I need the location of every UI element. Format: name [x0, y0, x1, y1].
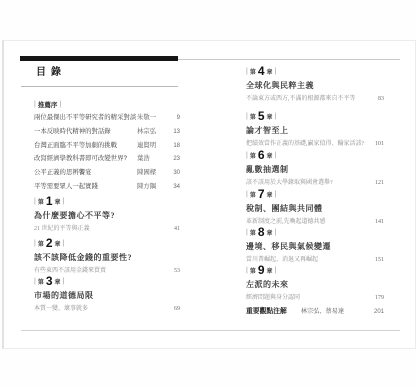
- bottom-hairline: [21, 330, 400, 331]
- chapter-prefix: 第: [250, 112, 256, 121]
- left-bar-glyph: |: [246, 152, 248, 159]
- rec-page-number: 18: [164, 143, 180, 149]
- chapter-prefix: 第: [250, 151, 256, 160]
- rec-page-number: 30: [164, 170, 180, 176]
- chapter-number: 8: [258, 227, 265, 237]
- chapter-label: | 第 5 章 |: [246, 111, 384, 121]
- left-bar-glyph: |: [34, 240, 36, 247]
- list-item: 一本反映時代精神的對話錄 林宗弘 13: [34, 126, 180, 140]
- chapter-subtitle: 革新制度之前,先喚起道德共感: [246, 216, 370, 225]
- recommend-section-text: 推薦序: [38, 100, 58, 109]
- chapter-label: | 第 8 章 |: [246, 227, 384, 237]
- chapter-title: 左派的未來: [246, 279, 384, 290]
- chapter-prefix: 第: [250, 67, 256, 76]
- recommendation-list: 兩位最傑出不平等研究者的精采對談 朱敬一 9 一本反映時代精神的對話錄 林宗弘 …: [34, 112, 180, 195]
- chapter-label: | 第 2 章 |: [34, 238, 180, 248]
- chapter-page-number: 83: [370, 96, 384, 102]
- chapter-title: 為什麼要擔心不平等?: [34, 210, 180, 221]
- left-bar-glyph: |: [34, 101, 36, 108]
- left-bar-glyph: |: [246, 191, 248, 198]
- left-bar-glyph: |: [246, 267, 248, 274]
- left-bar-glyph: |: [34, 198, 36, 205]
- chapter-page-number: 151: [370, 257, 384, 263]
- chapter-prefix: 第: [250, 266, 256, 275]
- chapter-page-number: 101: [370, 141, 384, 147]
- chapter-prefix: 第: [38, 197, 44, 206]
- chapter-block-3: | 第 3 章 | 市場的道德局限 本質一變、壞事就多 69: [34, 276, 180, 312]
- chapter-page-number: 179: [370, 295, 384, 301]
- top-hairline: [178, 59, 400, 60]
- chapter-prefix: 第: [38, 277, 44, 286]
- chapter-block-1: | 第 1 章 | 為什麼要擔心不平等? 21 世紀的平等與正義 41: [34, 196, 180, 232]
- chapter-block-7: | 第 7 章 | 稅制、團結與共同體 革新制度之前,先喚起道德共感 141: [246, 189, 384, 225]
- chapter-title: 市場的道德局限: [34, 290, 180, 301]
- chapter-title: 亂數抽選制: [246, 164, 384, 175]
- recommend-section-label: | 推薦序 |: [34, 100, 61, 109]
- left-bar-glyph: |: [246, 68, 248, 75]
- rec-title: 一本反映時代精神的對話錄: [34, 126, 137, 135]
- right-bar-glyph: |: [275, 113, 277, 120]
- chapter-block-5: | 第 5 章 | 論才智至上 把績效當作正義的基礎,贏家值得、輸家活該? 10…: [246, 111, 384, 147]
- chapter-suffix: 章: [267, 228, 273, 237]
- chapter-block-8: | 第 8 章 | 邊境、移民與氣候變遷 當川普崛起、消退又再崛起 151: [246, 227, 384, 263]
- rec-page-number: 34: [164, 184, 180, 190]
- rec-title: 台灣正面臨不平等加劇的挑戰: [34, 140, 137, 149]
- chapter-subtitle: 本質一變、壞事就多: [34, 303, 166, 312]
- chapter-subtitle: 該不該用於大學錄取與國會選舉?: [246, 177, 370, 186]
- rec-title: 公平正義的思辨饗宴: [34, 167, 137, 176]
- rec-page-number: 13: [164, 129, 180, 135]
- annotation-title: 重要觀點注解: [246, 305, 287, 315]
- chapter-prefix: 第: [250, 190, 256, 199]
- chapter-subtitle: 有些東西不該用金錢來買賣: [34, 265, 166, 274]
- chapter-number: 2: [46, 238, 53, 248]
- chapter-suffix: 章: [267, 266, 273, 275]
- right-bar-glyph: |: [275, 229, 277, 236]
- rec-page-number: 23: [164, 156, 180, 162]
- chapter-number: 6: [258, 150, 265, 160]
- chapter-label: | 第 7 章 |: [246, 189, 384, 199]
- right-bar-glyph: |: [63, 198, 65, 205]
- chapter-subtitle: 不論東方或西方,不滿的根源都來自不平等: [246, 93, 370, 102]
- chapter-subtitle: 21 世紀的平等與正義: [34, 223, 166, 232]
- rec-author: 葉浩: [137, 153, 164, 162]
- rec-title: 改寫經濟學教科書即可改變世界?: [34, 153, 137, 162]
- chapter-title: 全球化與民粹主義: [246, 80, 384, 91]
- list-item: 平等需要眾人一起實踐 陳方隅 34: [34, 181, 180, 195]
- chapter-number: 3: [46, 276, 53, 286]
- chapter-title: 該不該降低金錢的重要性?: [34, 252, 180, 263]
- rec-author: 陳方隅: [137, 181, 164, 190]
- chapter-number: 7: [258, 189, 265, 199]
- chapter-label: | 第 1 章 |: [34, 196, 180, 206]
- chapter-prefix: 第: [250, 228, 256, 237]
- chapter-suffix: 章: [267, 112, 273, 121]
- chapter-title: 論才智至上: [246, 125, 384, 136]
- chapter-block-6: | 第 6 章 | 亂數抽選制 該不該用於大學錄取與國會選舉? 121: [246, 150, 384, 186]
- rec-author: 朱敬一: [137, 112, 164, 121]
- annotation-authors: 林宗弘、蔡易達: [301, 306, 344, 315]
- annotation-entry: 重要觀點注解 林宗弘、蔡易達 201: [246, 305, 384, 315]
- chapter-page-number: 41: [166, 226, 180, 232]
- right-bar-glyph: |: [275, 68, 277, 75]
- rec-title: 平等需要眾人一起實踐: [34, 181, 137, 190]
- chapter-page-number: 141: [370, 219, 384, 225]
- chapter-suffix: 章: [55, 277, 61, 286]
- right-bar-glyph: |: [63, 278, 65, 285]
- rec-author: 連賢明: [137, 140, 164, 149]
- list-item: 公平正義的思辨饗宴 陳國樑 30: [34, 167, 180, 181]
- left-bar-glyph: |: [246, 229, 248, 236]
- chapter-prefix: 第: [38, 239, 44, 248]
- rec-author: 陳國樑: [137, 167, 164, 176]
- chapter-block-2: | 第 2 章 | 該不該降低金錢的重要性? 有些東西不該用金錢來買賣 53: [34, 238, 180, 274]
- chapter-number: 4: [258, 66, 265, 76]
- chapter-block-4: | 第 4 章 | 全球化與民粹主義 不論東方或西方,不滿的根源都來自不平等 8…: [246, 66, 384, 102]
- chapter-subtitle: 經濟問題與身分認同: [246, 292, 370, 301]
- chapter-suffix: 章: [267, 151, 273, 160]
- top-black-bar: [20, 56, 178, 61]
- right-bar-glyph: |: [63, 240, 65, 247]
- chapter-subtitle: 把績效當作正義的基礎,贏家值得、輸家活該?: [246, 138, 370, 147]
- right-bar-glyph: |: [275, 191, 277, 198]
- chapter-number: 1: [46, 196, 53, 206]
- right-bar-glyph: |: [275, 267, 277, 274]
- chapter-block-9: | 第 9 章 | 左派的未來 經濟問題與身分認同 179: [246, 265, 384, 301]
- chapter-title: 邊境、移民與氣候變遷: [246, 241, 384, 252]
- rec-author: 林宗弘: [137, 126, 164, 135]
- chapter-label: | 第 3 章 |: [34, 276, 180, 286]
- chapter-subtitle: 當川普崛起、消退又再崛起: [246, 254, 370, 263]
- chapter-suffix: 章: [55, 197, 61, 206]
- chapter-page-number: 121: [370, 180, 384, 186]
- annotation-page-number: 201: [344, 309, 384, 315]
- rec-page-number: 9: [164, 115, 180, 121]
- list-item: 兩位最傑出不平等研究者的精采對談 朱敬一 9: [34, 112, 180, 126]
- chapter-title: 稅制、團結與共同體: [246, 203, 384, 214]
- chapter-suffix: 章: [267, 190, 273, 199]
- left-bar-glyph: |: [246, 113, 248, 120]
- chapter-label: | 第 4 章 |: [246, 66, 384, 76]
- book-toc-scan: 目錄 | 推薦序 | 兩位最傑出不平等研究者的精采對談 朱敬一 9 一本反映時代…: [0, 0, 416, 387]
- right-bar-glyph: |: [59, 101, 61, 108]
- toc-underline: [21, 86, 178, 87]
- chapter-number: 9: [258, 265, 265, 275]
- chapter-label: | 第 6 章 |: [246, 150, 384, 160]
- chapter-suffix: 章: [55, 239, 61, 248]
- toc-title: 目錄: [36, 63, 66, 78]
- list-item: 改寫經濟學教科書即可改變世界? 葉浩 23: [34, 153, 180, 167]
- chapter-number: 5: [258, 111, 265, 121]
- left-bar-glyph: |: [34, 278, 36, 285]
- list-item: 台灣正面臨不平等加劇的挑戰 連賢明 18: [34, 140, 180, 154]
- chapter-page-number: 53: [166, 268, 180, 274]
- chapter-suffix: 章: [267, 67, 273, 76]
- right-bar-glyph: |: [275, 152, 277, 159]
- chapter-page-number: 69: [166, 306, 180, 312]
- chapter-label: | 第 9 章 |: [246, 265, 384, 275]
- rec-title: 兩位最傑出不平等研究者的精采對談: [34, 112, 137, 121]
